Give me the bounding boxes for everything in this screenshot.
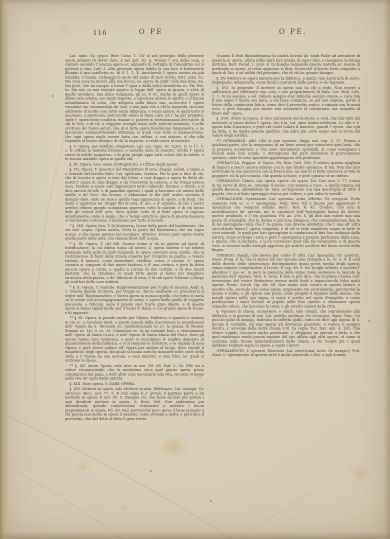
- page-number: 116: [93, 29, 107, 37]
- running-head-right: O PE.: [279, 28, 307, 36]
- paragraph: §. XIII. Dare opera, V. DARE OPERA.: [65, 382, 204, 386]
- paragraph: ** §. XI. Opera, si prende anche per Chi…: [65, 316, 204, 363]
- paper-speck: [210, 500, 212, 502]
- paragraph: §. XV. Mettere in opera materia per la f…: [212, 76, 360, 85]
- running-head-left: O PE: [139, 28, 163, 36]
- paragraph: §. VI. Opera, voce usata di Magistrato, …: [65, 162, 204, 166]
- paragraph: §. XIV. Mettere in opera, vale Mettere i…: [65, 387, 204, 421]
- paragraph: * §. VIII. Opera viva, T. di Marineria, …: [65, 224, 204, 241]
- paper-edge-bottom: [0, 532, 390, 539]
- paragraph: OPERAMENTO. L' operare, Esercizio. Lat. …: [212, 349, 360, 358]
- paragraph: OPERAGIONE, Operazione. Lat. operatio, a…: [212, 197, 360, 252]
- paragraph: ** §. XII. Avere Opera, vale Aver in uso…: [65, 364, 204, 381]
- paragraph: OPERACCIA. Peggior. d' Opera. Fir. Rim. …: [212, 161, 360, 178]
- paper-speck: [368, 320, 370, 322]
- right-text-column: Quando li frati dimanderanno la umiltà d…: [212, 54, 360, 437]
- paragraph: §. XVII. Porre in opera, si dice parimen…: [212, 117, 360, 138]
- paragraph: Lat. opus. Gr. εργον. Borr. Cons. 1. Ch'…: [65, 54, 204, 143]
- paper-stain: [56, 23, 76, 35]
- paragraph: §. Operaio di chiesa, monastero, e simil…: [212, 310, 360, 348]
- paragraph: * §. X. Opera, T. teatrale, Rappresentaz…: [65, 285, 204, 315]
- paragraph: Quando li frati dimanderanno la umiltà d…: [212, 54, 360, 75]
- paper-stain: [118, 503, 130, 512]
- book-page-scan: 116 O PE O PE. Lat. opus. Gr. εργον. Bor…: [0, 0, 390, 539]
- paper-stain: [160, 436, 188, 458]
- paragraph: OPERAIO. Quegli, che lavora per conto d'…: [212, 253, 360, 308]
- paragraph: OPERAGGIO. Chiaro. Lat. opera, operis. G…: [212, 179, 360, 196]
- paper-edge-right: [384, 0, 390, 539]
- paragraph: §. V. Opera, per Artifizio, Magistero. L…: [65, 144, 204, 161]
- paper-speck: [52, 95, 54, 97]
- paragraph: §. VII. Opera, T. generico del Manifatto…: [65, 168, 204, 223]
- paragraph: §. XVI. In generale. Il mettere in opera…: [212, 86, 360, 116]
- paper-speck: [150, 470, 152, 472]
- paper-edge-left: [0, 0, 9, 539]
- paragraph: (*) OPERABILE. Add. Che si può operare. …: [212, 139, 360, 160]
- paper-stain: [350, 466, 372, 483]
- left-text-column: Lat. opus. Gr. εργον. Borr. Cons. 1. Ch'…: [65, 54, 204, 437]
- paper-stain: [74, 460, 91, 473]
- paper-edge-top: [0, 0, 390, 5]
- paragraph: * §. IX. Opera, T. del Mil. Questo nome …: [65, 242, 204, 285]
